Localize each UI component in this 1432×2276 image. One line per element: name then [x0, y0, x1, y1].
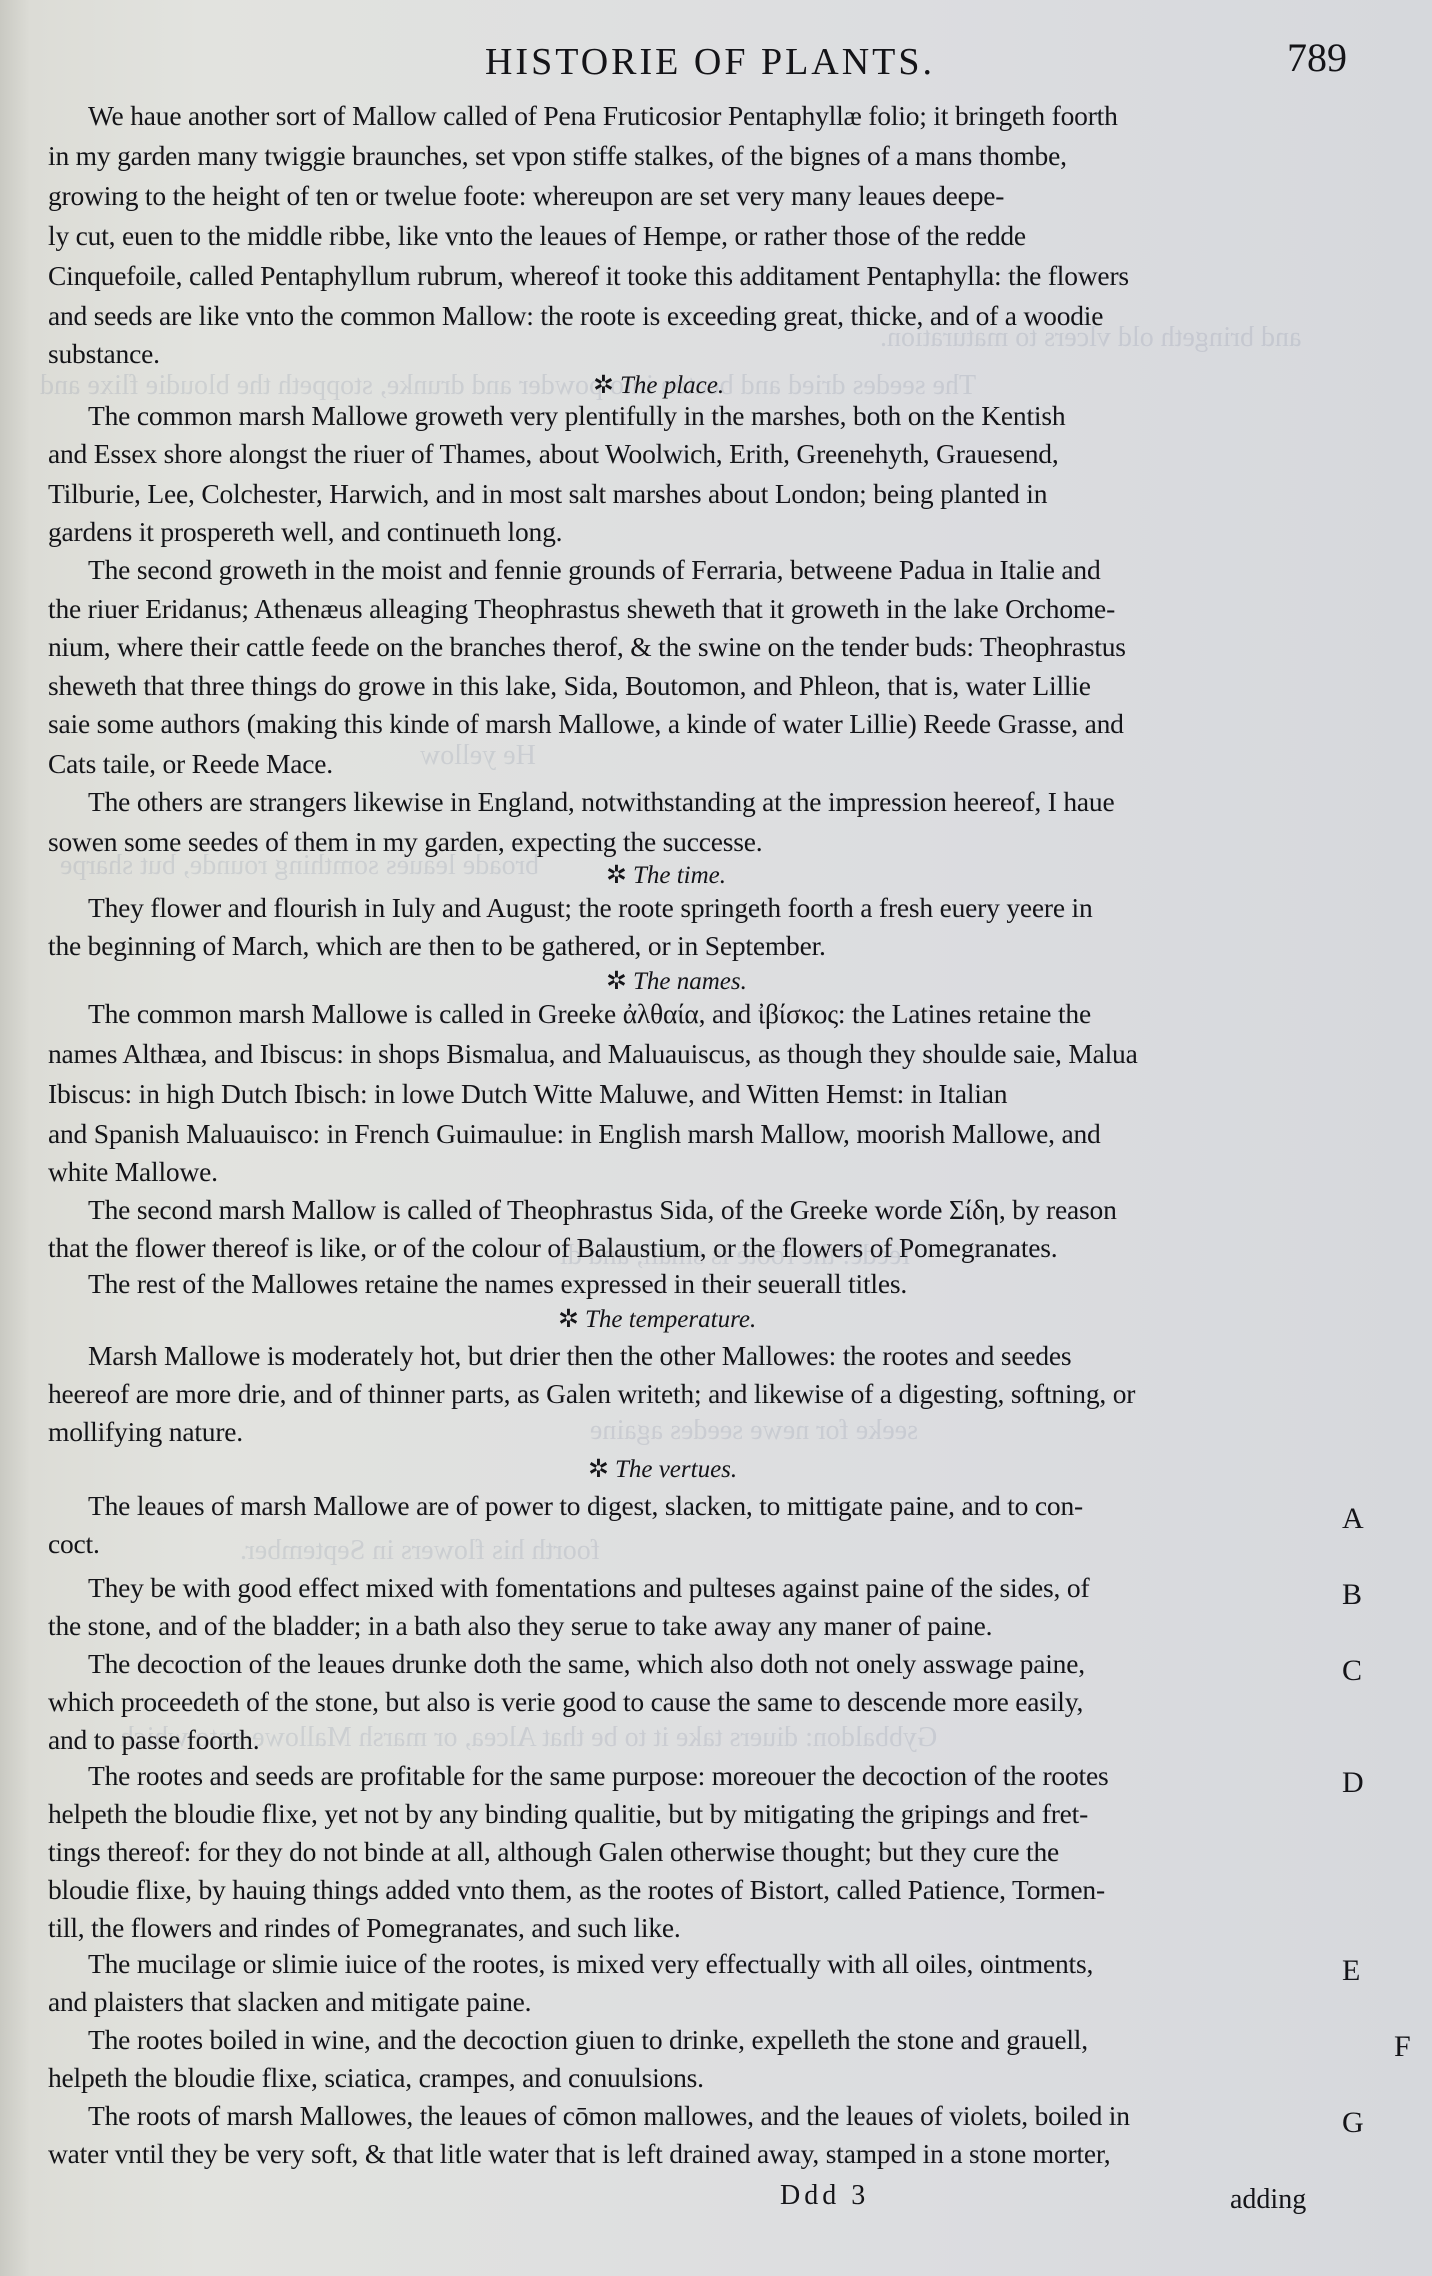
- text-line: the stone, and of the bladder; in a bath…: [48, 1612, 992, 1640]
- ornament-icon: ✲: [558, 1306, 579, 1333]
- section-heading-place: ✲The place.: [593, 370, 724, 400]
- text-line: and Essex shore alongst the riuer of Tha…: [48, 440, 1059, 468]
- text-line: and to passe foorth.: [48, 1726, 259, 1754]
- text-line: The others are strangers likewise in Eng…: [88, 788, 1114, 816]
- text-line: The second groweth in the moist and fenn…: [88, 556, 1101, 584]
- show-through-text: foorth his flowers in September.: [240, 1535, 600, 1567]
- marginal-letter-d: D: [1342, 1766, 1364, 1800]
- section-heading-names: ✲The names.: [606, 966, 747, 996]
- text-line: and plaisters that slacken and mitigate …: [48, 1988, 531, 2016]
- text-line: The second marsh Mallow is called of The…: [88, 1196, 1117, 1224]
- catchword: adding: [1230, 2184, 1306, 2216]
- text-line: Tilburie, Lee, Colchester, Harwich, and …: [48, 480, 1047, 508]
- text-line: We haue another sort of Mallow called of…: [88, 102, 1118, 130]
- text-line: The mucilage or slimie iuice of the root…: [88, 1950, 1093, 1978]
- text-line: sowen some seedes of them in my garden, …: [48, 828, 762, 856]
- text-line: growing to the height of ten or twelue f…: [48, 182, 1004, 210]
- running-title: HISTORIE OF PLANTS.: [390, 40, 1030, 84]
- marginal-letter-g: G: [1342, 2106, 1364, 2140]
- text-line: till, the flowers and rindes of Pomegran…: [48, 1914, 681, 1942]
- text-line: white Mallowe.: [48, 1158, 218, 1186]
- show-through-text: He yellow: [420, 740, 536, 772]
- text-line: in my garden many twiggie braunches, set…: [48, 142, 1067, 170]
- text-line: nium, where their cattle feede on the br…: [48, 633, 1126, 661]
- text-line: The rootes boiled in wine, and the decoc…: [88, 2026, 1088, 2054]
- text-line: and Spanish Maluauisco: in French Guimau…: [48, 1120, 1101, 1148]
- text-line: Cats taile, or Reede Mace.: [48, 750, 333, 778]
- text-line: Ibiscus: in high Dutch Ibisch: in lowe D…: [48, 1080, 1007, 1108]
- text-line: names Althæa, and Ibiscus: in shops Bism…: [48, 1040, 1138, 1068]
- marginal-letter-c: C: [1342, 1654, 1362, 1688]
- text-line: They be with good effect mixed with fome…: [88, 1574, 1089, 1602]
- text-line: sheweth that three things do growe in th…: [48, 672, 1091, 700]
- page-header: HISTORIE OF PLANTS. 789: [0, 40, 1432, 90]
- text-line: the beginning of March, which are then t…: [48, 932, 826, 960]
- text-line: gardens it prospereth well, and continue…: [48, 518, 562, 546]
- text-line: The decoction of the leaues drunke doth …: [88, 1650, 1085, 1678]
- marginal-letter-f: F: [1394, 2030, 1411, 2064]
- marginal-letter-e: E: [1342, 1954, 1360, 1988]
- ornament-icon: ✲: [593, 372, 614, 399]
- text-line: The leaues of marsh Mallowe are of power…: [88, 1492, 1083, 1520]
- text-line: Cinquefoile, called Pentaphyllum rubrum,…: [48, 262, 1129, 290]
- text-line: water vntil they be very soft, & that li…: [48, 2140, 1110, 2168]
- text-line: heereof are more drie, and of thinner pa…: [48, 1380, 1135, 1408]
- section-heading-temperature: ✲The temperature.: [558, 1304, 756, 1334]
- ornament-icon: ✲: [606, 862, 627, 889]
- text-line: coct.: [48, 1530, 100, 1558]
- text-line: Marsh Mallowe is moderately hot, but dri…: [88, 1342, 1071, 1370]
- text-line: mollifying nature.: [48, 1418, 243, 1446]
- show-through-text: seeke for newe seedes againe: [590, 1415, 918, 1447]
- text-line: bloudie flixe, by hauing things added vn…: [48, 1876, 1105, 1904]
- text-line: helpeth the bloudie flixe, sciatica, cra…: [48, 2064, 704, 2092]
- text-line: and seeds are like vnto the common Mallo…: [48, 302, 1103, 330]
- section-heading-vertues: ✲The vertues.: [588, 1454, 737, 1484]
- text-line: The common marsh Mallowe is called in Gr…: [88, 1000, 1091, 1028]
- text-line: The rootes and seeds are profitable for …: [88, 1762, 1108, 1790]
- show-through-text: The seedes dried and beaten into powder …: [40, 370, 976, 402]
- text-line: that the flower thereof is like, or of t…: [48, 1234, 1057, 1262]
- marginal-letter-b: B: [1342, 1578, 1362, 1612]
- text-line: They flower and flourish in Iuly and Aug…: [88, 894, 1093, 922]
- text-line: ly cut, euen to the middle ribbe, like v…: [48, 222, 1026, 250]
- text-line: The roots of marsh Mallowes, the leaues …: [88, 2102, 1130, 2130]
- book-page: and bringeth old vlcers to maturation. T…: [0, 0, 1432, 2276]
- ornament-icon: ✲: [588, 1456, 609, 1483]
- page-number: 789: [1287, 34, 1347, 81]
- ornament-icon: ✲: [606, 968, 627, 995]
- text-line: saie some authors (making this kinde of …: [48, 710, 1124, 738]
- text-line: The common marsh Mallowe groweth very pl…: [88, 402, 1065, 430]
- text-line: which proceedeth of the stone, but also …: [48, 1688, 1083, 1716]
- text-line: the riuer Eridanus; Athenæus alleaging T…: [48, 595, 1115, 623]
- text-line: helpeth the bloudie flixe, yet not by an…: [48, 1800, 1088, 1828]
- text-line: The rest of the Mallowes retaine the nam…: [88, 1270, 907, 1298]
- marginal-letter-a: A: [1342, 1502, 1364, 1536]
- text-line: tings thereof: for they do not binde at …: [48, 1838, 1059, 1866]
- text-line: substance.: [48, 340, 160, 368]
- signature-mark: Ddd 3: [780, 2180, 869, 2212]
- section-heading-time: ✲The time.: [606, 860, 726, 890]
